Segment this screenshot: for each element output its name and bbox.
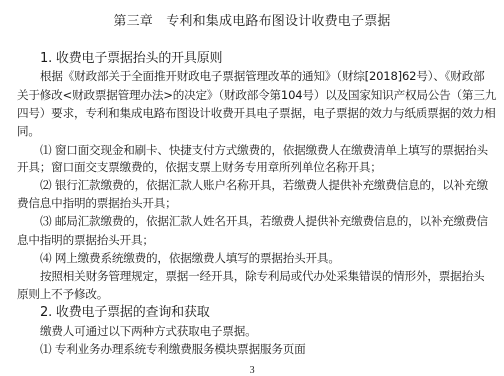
section-2-item-1: ⑴ 专利业务办理系统专利缴费服务模块票据服务页面 xyxy=(40,342,306,356)
document-page: 第三章 专利和集成电路布图设计收费电子票据 1. 收费电子票据抬头的开具原则 根… xyxy=(0,0,504,376)
section-2-intro: 缴费人可通过以下两种方式获取电子票据。 xyxy=(40,324,256,338)
list-item-1: ⑴ 窗口面交现金和刷卡、快捷支付方式缴费的，依据缴费人在缴费清单上填写的票据抬头 xyxy=(40,143,488,157)
list-item-3-cont: 息中指明的票据抬头开具； xyxy=(17,233,154,247)
list-item-4: ⑷ 网上缴费系统缴费的，依据缴费人填写的票据抬头开具。 xyxy=(40,251,340,265)
paragraph-line: 按照相关财务管理规定，票据一经开具，除专利局或代办处采集错误的情形外，票据抬头 xyxy=(40,269,484,283)
list-item-3: ⑶ 邮局汇款缴费的，依据汇款人姓名开具，若缴费人提供补充缴费信息的，以补充缴费信 xyxy=(40,214,488,228)
section-2-heading: 2. 收费电子票据的查询和获取 xyxy=(40,305,210,321)
section-1-heading: 1. 收费电子票据抬头的开具原则 xyxy=(40,51,222,67)
paragraph-line: 根据《财政部关于全面推开财政电子票据管理改革的通知》（财综[2018]62号）、… xyxy=(40,69,484,83)
list-item-2: ⑵ 银行汇款缴费的，依据汇款人账户名称开具，若缴费人提供补充缴费信息的，以补充缴 xyxy=(40,178,488,192)
list-item-2-cont: 费信息中指明的票据抬头开具； xyxy=(17,196,177,210)
paragraph-line: 同。 xyxy=(17,124,40,138)
chapter-title: 第三章 专利和集成电路布图设计收费电子票据 xyxy=(0,14,504,30)
paragraph-line: 关于修改<财政票据管理办法>的决定》（财政部令第104号）以及国家知识产权局公告… xyxy=(17,88,496,102)
list-item-1-cont: 开具；窗口面交支票缴费的，依据支票上财务专用章所列单位名称开具； xyxy=(17,160,382,174)
paragraph-line: 四号）要求，专利和集成电路布图设计收费开具电子票据，电子票据的效力与纸质票据的效… xyxy=(17,106,496,120)
paragraph-line: 原则上不予修改。 xyxy=(17,287,108,301)
page-number: 3 xyxy=(0,364,504,376)
